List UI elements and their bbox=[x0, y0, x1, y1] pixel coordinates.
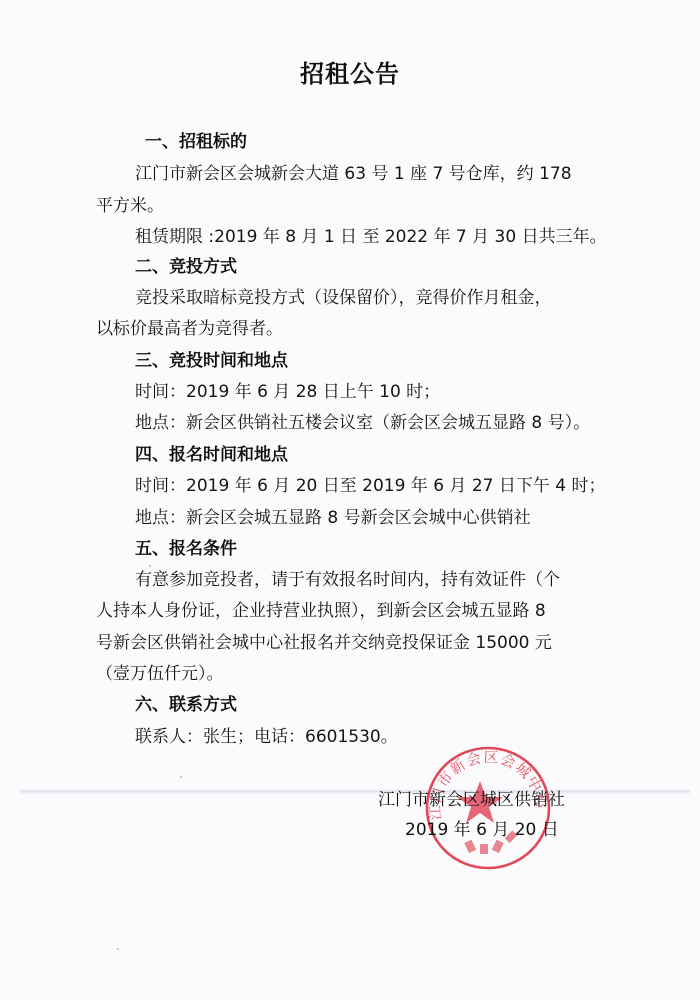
section-heading-4: 四、报名时间和地点 bbox=[135, 445, 288, 465]
section-5-line-3: 号新会区供销社会城中心社报名并交纳竞投保证金 15000 元 bbox=[96, 633, 552, 653]
section-heading-6: 六、联系方式 bbox=[135, 695, 237, 715]
section-4-line-1: 时间：2019 年 6 月 20 日至 2019 年 6 月 27 日下午 4 … bbox=[135, 476, 606, 496]
section-6-line-1: 联系人：张生；电话：6601530。 bbox=[135, 727, 398, 747]
page-title: 招租公告 bbox=[0, 58, 700, 90]
document-page: 招租公告 一、招租标的 江门市新会区会城新会大道 63 号 1 座 7 号仓库，… bbox=[0, 0, 700, 1000]
section-2-line-1: 竞投采取暗标竞投方式（设保留价），竞得价作月租金， bbox=[135, 288, 552, 308]
signature-date: 2019 年 6 月 20 日 bbox=[405, 820, 559, 840]
section-1-line-2: 平方米。 bbox=[96, 196, 164, 216]
scan-speck bbox=[117, 948, 119, 950]
scan-artifact-band bbox=[20, 789, 690, 794]
section-5-line-1: 有意参加竞投者，请于有效报名时间内，持有效证件（个 bbox=[135, 570, 560, 590]
section-heading-2: 二、竞投方式 bbox=[135, 257, 237, 277]
section-3-line-2: 地点：新会区供销社五楼会议室（新会区会城五显路 8 号）。 bbox=[135, 413, 590, 433]
scan-speck bbox=[180, 776, 182, 778]
section-heading-3: 三、竞投时间和地点 bbox=[135, 351, 288, 371]
section-3-line-1: 时间：2019 年 6 月 28 日上午 10 时； bbox=[135, 382, 440, 402]
section-heading-5: 五、报名条件 bbox=[135, 539, 237, 559]
signature-organization: 江门市新会区城区供销社 bbox=[378, 790, 565, 810]
section-heading-1: 一、招租标的 bbox=[145, 132, 247, 152]
section-5-line-4: （壹万伍仟元）。 bbox=[96, 664, 224, 684]
scan-speck bbox=[149, 565, 151, 567]
section-4-line-2: 地点：新会区会城五显路 8 号新会区会城中心供销社 bbox=[135, 508, 531, 528]
section-1-line-1: 江门市新会区会城新会大道 63 号 1 座 7 号仓库，约 178 bbox=[135, 164, 572, 184]
section-1-line-3: 租赁期限 :2019 年 8 月 1 日 至 2022 年 7 月 30 日共三… bbox=[135, 227, 607, 247]
section-5-line-2: 人持本人身份证，企业持营业执照），到新会区会城五显路 8 bbox=[96, 601, 546, 621]
section-2-line-2: 以标价最高者为竞得者。 bbox=[96, 319, 283, 339]
